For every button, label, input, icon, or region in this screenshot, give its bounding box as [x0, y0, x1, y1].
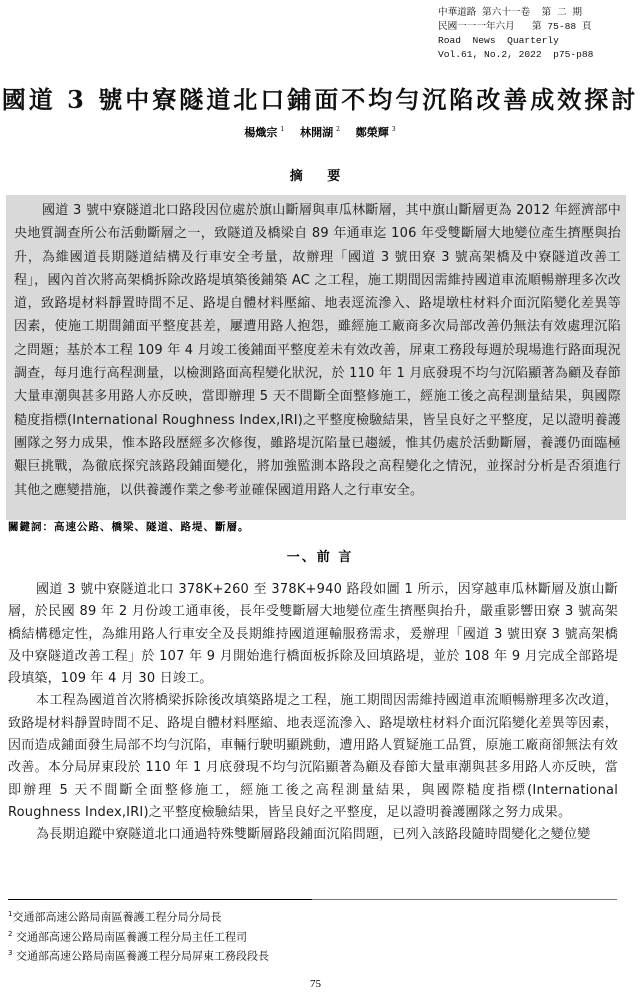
abstract-text: 國道 3 號中寮隧道北口路段因位處於旗山斷層與車瓜林斷層，其中旗山斷層更為 20…: [14, 199, 621, 502]
introduction-body: 國道 3 號中寮隧道北口 378K+260 至 378K+940 路段如圖 1 …: [8, 579, 618, 847]
author: 楊熾宗1: [244, 126, 284, 139]
footnote-divider-extension: [312, 899, 617, 900]
paper-title: 國道 3 號中寮隧道北口鋪面不均勻沉陷改善成效探討: [0, 80, 640, 115]
footnote: 1交通部高速公路局南區養護工程分局分局長: [8, 906, 269, 926]
header-line-4: Vol.61, No.2, 2022 p75-p88: [438, 48, 638, 62]
paragraph: 本工程為國道首次將橋梁拆除後改填築路堤之工程，施工期間因需維持國道車流順暢辦理多…: [8, 690, 618, 824]
footnote: 2 交通部高速公路局南區養護工程分局主任工程司: [8, 926, 269, 946]
journal-header: 中華道路 第六十一卷 第 二 期民國一一一年六月 第 75-88 頁Road N…: [438, 6, 638, 62]
page-number: 75: [310, 978, 321, 990]
abstract-heading: 摘 要: [0, 165, 640, 184]
header-line-3: Road News Quarterly: [438, 34, 638, 48]
section-heading-introduction: 一、前 言: [0, 546, 640, 565]
header-line-2: 民國一一一年六月 第 75-88 頁: [438, 20, 638, 34]
footnote-divider: [8, 899, 316, 900]
footnotes: 1交通部高速公路局南區養護工程分局分局長 2 交通部高速公路局南區養護工程分局主…: [8, 906, 269, 965]
author: 林開湖2: [300, 126, 340, 139]
paragraph: 為長期追蹤中寮隧道北口通過特殊雙斷層路段鋪面沉陷問題，已列入該路段隨時間變化之變…: [8, 824, 618, 846]
header-line-1: 中華道路 第六十一卷 第 二 期: [438, 6, 638, 20]
footnote: 3 交通部高速公路局南區養護工程分局屏東工務段段長: [8, 945, 269, 965]
paragraph: 國道 3 號中寮隧道北口 378K+260 至 378K+940 路段如圖 1 …: [8, 579, 618, 690]
author-list: 楊熾宗1 林開湖2 鄭榮輝3: [0, 124, 640, 140]
author: 鄭榮輝3: [356, 126, 396, 139]
keywords: 關鍵詞：高速公路、橋梁、隧道、路堤、斷層。: [8, 519, 250, 534]
